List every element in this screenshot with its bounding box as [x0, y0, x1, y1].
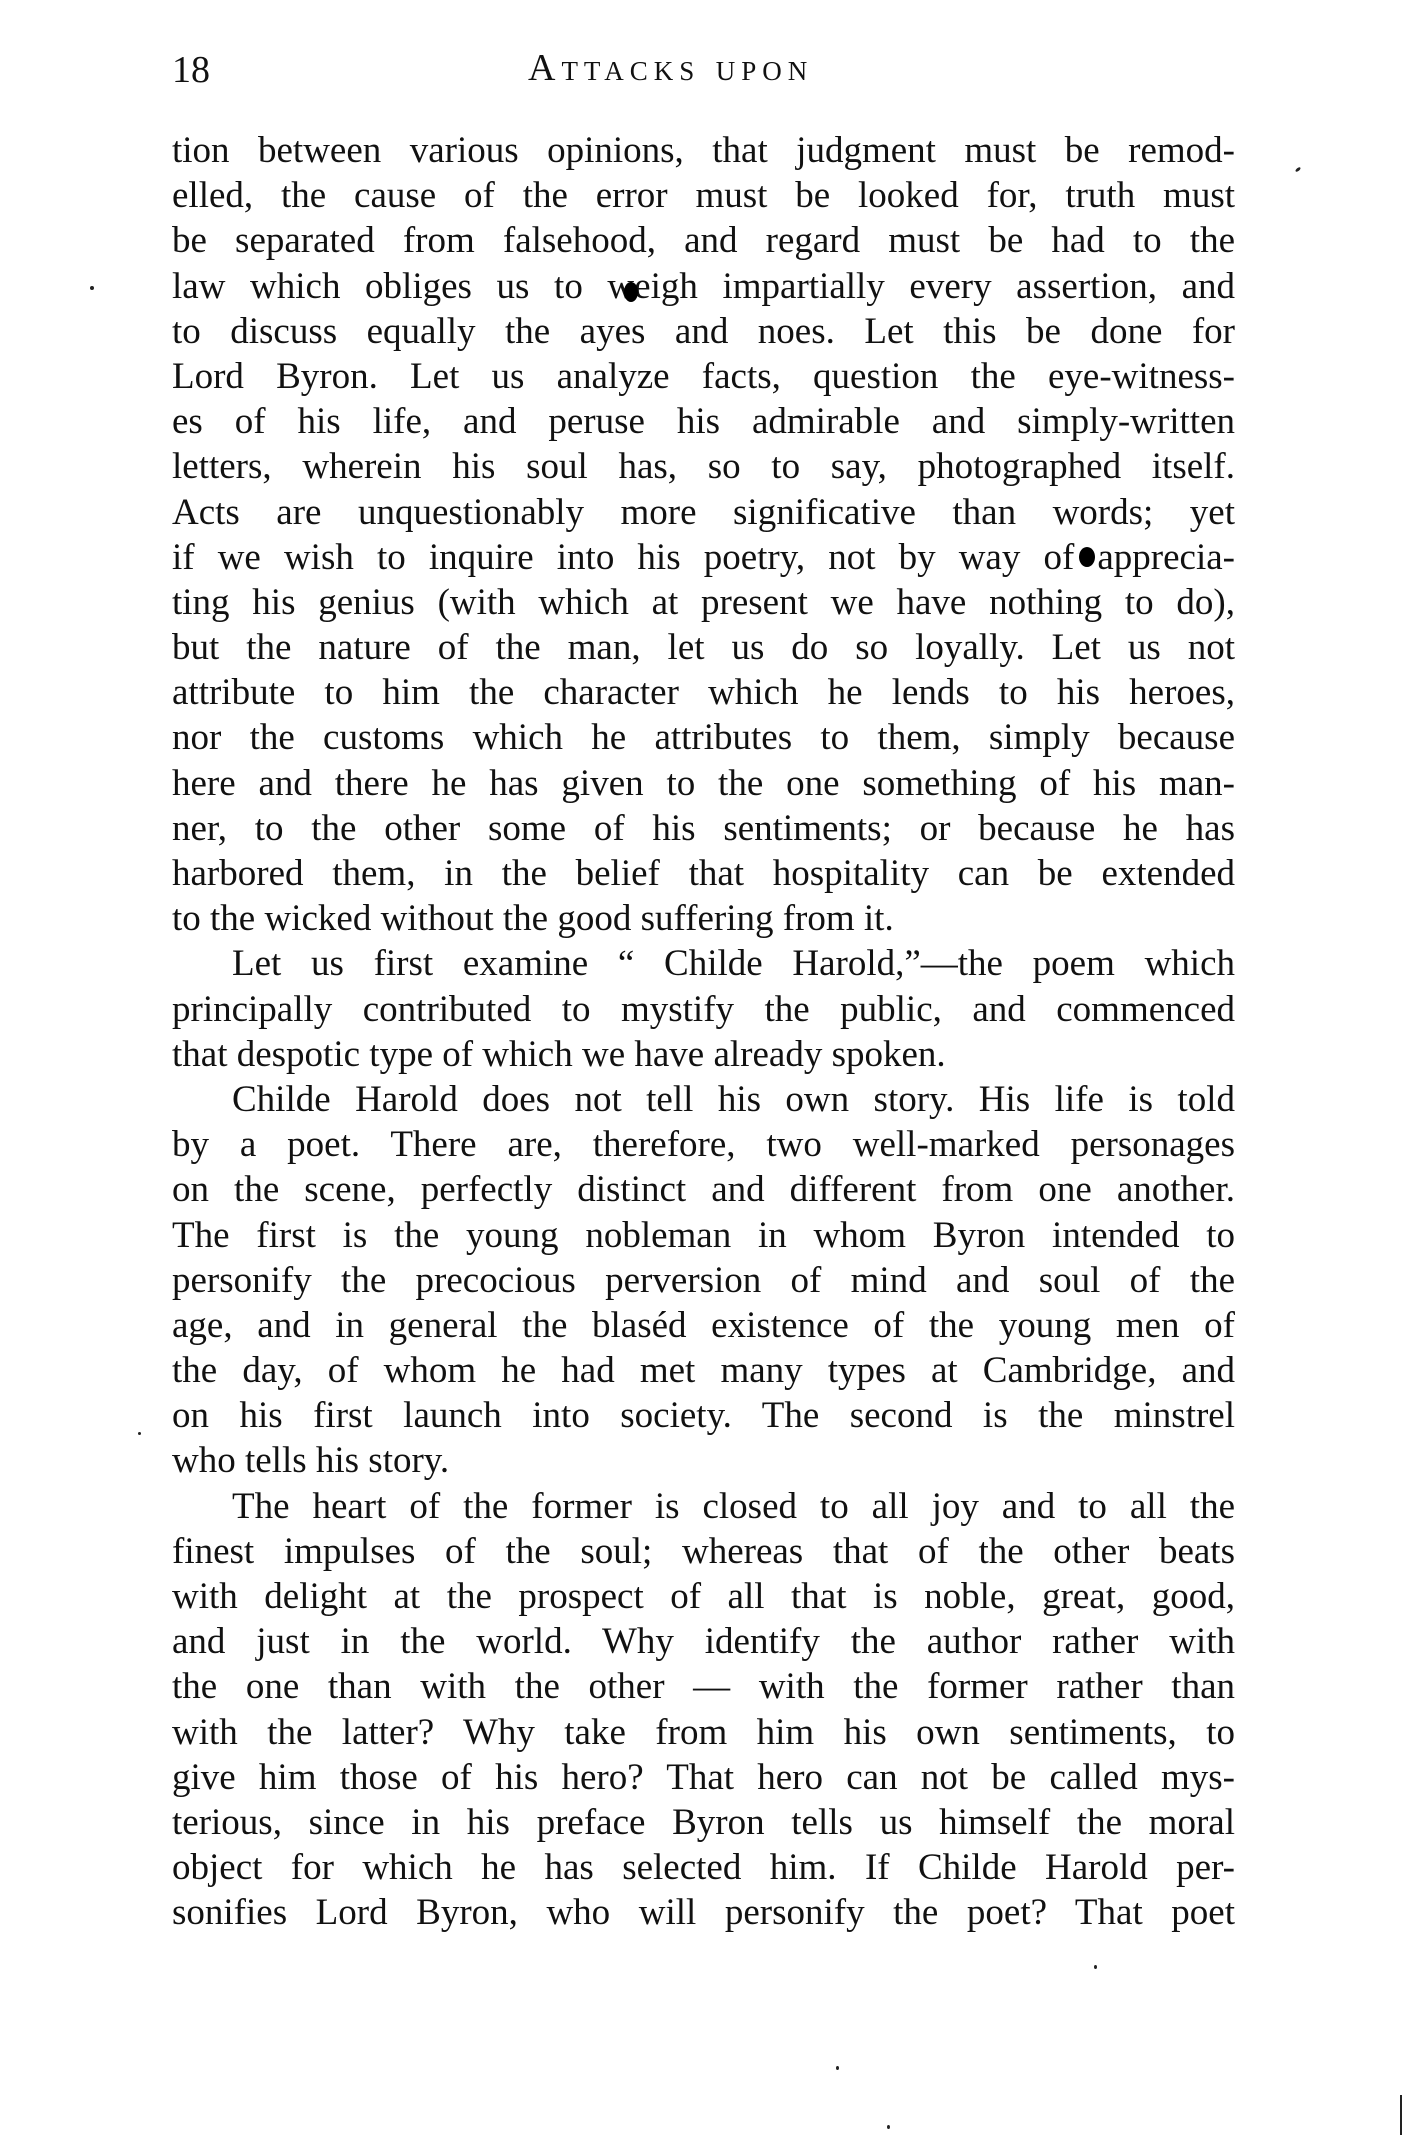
text-line: who tells his story.	[172, 1438, 1235, 1483]
text-line: harbored them, in the belief that hospit…	[172, 851, 1235, 896]
text-line: give him those of his hero? That hero ca…	[172, 1755, 1235, 1800]
text-line: personify the precocious perversion of m…	[172, 1258, 1235, 1303]
text-line: elled, the cause of the error must be lo…	[172, 173, 1235, 218]
margin-mark	[887, 2125, 890, 2129]
text-line: that despotic type of which we have alre…	[172, 1032, 1235, 1077]
text-line: The first is the young nobleman in whom …	[172, 1213, 1235, 1258]
text-line: with delight at the prospect of all that…	[172, 1574, 1235, 1619]
text-line: be separated from falsehood, and regard …	[172, 218, 1235, 263]
text-line: and just in the world. Why identify the …	[172, 1619, 1235, 1664]
page-number: 18	[172, 50, 210, 90]
ink-blot	[624, 282, 638, 302]
text-line: sonifies Lord Byron, who will personify …	[172, 1890, 1235, 1935]
margin-mark	[138, 1432, 141, 1435]
text-line: on his first launch into society. The se…	[172, 1393, 1235, 1438]
text-line: age, and in general the blaséd existence…	[172, 1303, 1235, 1348]
ink-blot	[1079, 547, 1095, 567]
text-line: object for which he has selected him. If…	[172, 1845, 1235, 1890]
text-line: tion between various opinions, that judg…	[172, 128, 1235, 173]
text-line: finest impulses of the soul; whereas tha…	[172, 1529, 1235, 1574]
margin-mark	[1094, 1965, 1097, 1969]
text-line: if we wish to inquire into his poetry, n…	[172, 535, 1235, 580]
text-line: ner, to the other some of his sentiments…	[172, 806, 1235, 851]
text-line: nor the customs which he attributes to t…	[172, 715, 1235, 760]
text-line: letters, wherein his soul has, so to say…	[172, 444, 1235, 489]
text-line: with the latter? Why take from him his o…	[172, 1710, 1235, 1755]
text-line: principally contributed to mystify the p…	[172, 987, 1235, 1032]
text-line: Childe Harold does not tell his own stor…	[172, 1077, 1235, 1122]
text-line: The heart of the former is closed to all…	[172, 1484, 1235, 1529]
text-line: ting his genius (with which at present w…	[172, 580, 1235, 625]
text-line: Let us first examine “ Childe Harold,”—t…	[172, 941, 1235, 986]
text-line: attribute to him the character which he …	[172, 670, 1235, 715]
text-line: but the nature of the man, let us do so …	[172, 625, 1235, 670]
text-line: on the scene, perfectly distinct and dif…	[172, 1167, 1235, 1212]
margin-mark	[1295, 166, 1302, 172]
text-line: Lord Byron. Let us analyze facts, questi…	[172, 354, 1235, 399]
text-line: terious, since in his preface Byron tell…	[172, 1800, 1235, 1845]
body-text: tion between various opinions, that judg…	[172, 128, 1235, 1936]
text-line: Acts are unquestionably more significati…	[172, 490, 1235, 535]
text-line: the one than with the other — with the f…	[172, 1664, 1235, 1709]
text-line: law which obliges us to weigh impartiall…	[172, 264, 1235, 309]
text-line: by a poet. There are, therefore, two wel…	[172, 1122, 1235, 1167]
text-line: here and there he has given to the one s…	[172, 761, 1235, 806]
margin-mark	[90, 286, 94, 290]
text-line: to the wicked without the good suffering…	[172, 896, 1235, 941]
margin-mark	[1400, 2095, 1402, 2135]
running-title: Attacks upon	[528, 48, 868, 88]
text-line: to discuss equally the ayes and noes. Le…	[172, 309, 1235, 354]
margin-mark	[836, 2066, 839, 2070]
text-line: es of his life, and peruse his admirable…	[172, 399, 1235, 444]
text-line: the day, of whom he had met many types a…	[172, 1348, 1235, 1393]
